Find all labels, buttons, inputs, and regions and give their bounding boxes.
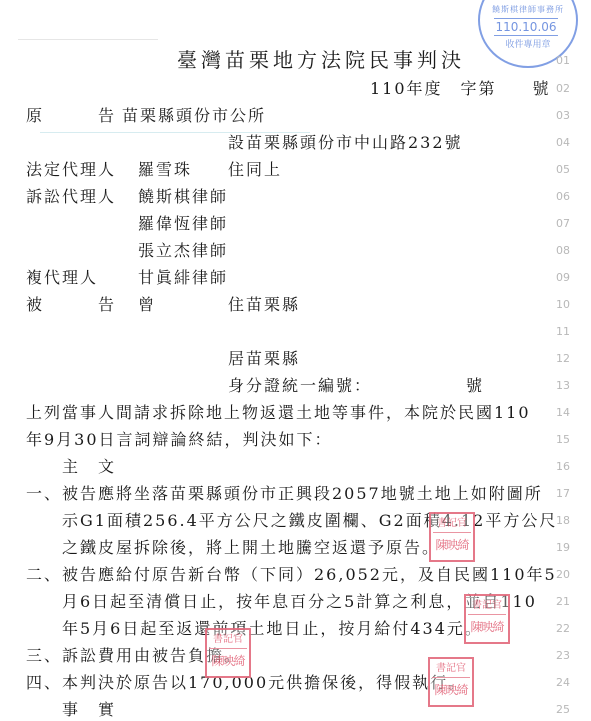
litigation-agent-2: 羅偉恆律師 [138, 210, 228, 237]
seal-title: 書記官 [209, 631, 247, 649]
clerk-seal: 書記官 陳映綺 [428, 657, 474, 707]
legal-rep-address: 住同上 [228, 156, 282, 183]
line-number: 20 [556, 561, 584, 588]
sub-agent-name: 甘眞緋律師 [138, 264, 228, 291]
line-number: 21 [556, 588, 584, 615]
line-14: 上列當事人間請求拆除地上物返還土地等事件，本院於民國110 [0, 399, 545, 426]
item-1-line-2: 示G1面積256.4平方公尺之鐵皮圍欄、G2面積4.12平方公尺 [62, 507, 557, 534]
line-number: 16 [556, 453, 584, 480]
facts-heading: 事 實 [62, 696, 116, 721]
defendant-label: 被 告 [26, 291, 116, 318]
line-number: 15 [556, 426, 584, 453]
judgment-document: 饒斯棋律師事務所 110.10.06 收件專用章 臺灣苗栗地方法院民事判決 11… [0, 0, 591, 721]
main-text-heading: 主 文 [62, 453, 116, 480]
line-number: 18 [556, 507, 584, 534]
legal-rep-name: 羅雪珠 [138, 156, 192, 183]
plaintiff-address: 設苗栗縣頭份市中山路232號 [228, 129, 463, 156]
line-number: 02 [556, 75, 584, 102]
intro-line-1: 上列當事人間請求拆除地上物返還土地等事件，本院於民國110 [26, 399, 531, 426]
line-number: 07 [556, 210, 584, 237]
defendant-address: 住苗栗縣 [228, 291, 300, 318]
line-04: 設苗栗縣頭份市中山路232號 [0, 129, 545, 156]
seal-title: 書記官 [433, 515, 471, 533]
defendant-name: 曾 [138, 291, 156, 318]
clerk-seal: 書記官 陳映綺 [464, 594, 510, 644]
line-number: 09 [556, 264, 584, 291]
stamp-top-text: 饒斯棋律師事務所 [480, 4, 576, 15]
line-16: 主 文 [0, 453, 545, 480]
seal-title: 書記官 [468, 597, 506, 615]
defendant-residence: 居苗栗縣 [228, 345, 300, 372]
item-3-marker: 三、 [26, 642, 62, 669]
line-10: 被 告 曾 住苗栗縣 [0, 291, 545, 318]
line-17: 一、 被告應將坐落苗栗縣頭份市正興段2057地號土地上如附圖所 [0, 480, 545, 507]
litigation-agent-1: 饒斯棋律師 [138, 183, 228, 210]
divider [18, 39, 158, 40]
plaintiff-label: 原 告 [26, 102, 116, 129]
line-06: 訴訟代理人 饒斯棋律師 [0, 183, 545, 210]
item-1-line-1: 被告應將坐落苗栗縣頭份市正興段2057地號土地上如附圖所 [62, 480, 543, 507]
item-1-marker: 一、 [26, 480, 62, 507]
sub-agent-label: 複代理人 [26, 264, 98, 291]
line-08: 張立杰律師 [0, 237, 545, 264]
clerk-seal: 書記官 陳映綺 [205, 628, 251, 678]
line-number: 24 [556, 669, 584, 696]
line-number: 03 [556, 102, 584, 129]
line-05: 法定代理人 羅雪珠 住同上 [0, 156, 545, 183]
line-number: 25 [556, 696, 584, 721]
item-2-marker: 二、 [26, 561, 62, 588]
line-number: 17 [556, 480, 584, 507]
defendant-id-suffix: 號 [466, 372, 484, 399]
line-02: 110年度 字第 號 [0, 75, 545, 102]
legal-rep-label: 法定代理人 [26, 156, 116, 183]
plaintiff-name: 苗栗縣頭份市公所 [122, 102, 266, 129]
defendant-id-label: 身分證統一編號： [228, 372, 372, 399]
line-number: 22 [556, 615, 584, 642]
line-12: 居苗栗縣 [0, 345, 545, 372]
line-number: 12 [556, 345, 584, 372]
line-number: 13 [556, 372, 584, 399]
line-03: 原 告 苗栗縣頭份市公所 [0, 102, 545, 129]
line-number: 01 [556, 47, 584, 74]
document-title: 臺灣苗栗地方法院民事判決 [177, 47, 465, 74]
line-number: 19 [556, 534, 584, 561]
line-number: 10 [556, 291, 584, 318]
seal-name: 陳映綺 [430, 678, 472, 702]
seal-name: 陳映綺 [431, 533, 473, 557]
line-number: 14 [556, 399, 584, 426]
line-07: 羅偉恆律師 [0, 210, 545, 237]
seal-name: 陳映綺 [207, 649, 249, 673]
line-number: 05 [556, 156, 584, 183]
line-15: 年9月30日言詞辯論終結，判決如下： [0, 426, 545, 453]
case-number: 110年度 字第 號 [370, 75, 551, 102]
intro-line-2: 年9月30日言詞辯論終結，判決如下： [26, 426, 333, 453]
line-number: 23 [556, 642, 584, 669]
item-4-marker: 四、 [26, 669, 62, 696]
line-number: 08 [556, 237, 584, 264]
line-13: 身分證統一編號： 號 [0, 372, 545, 399]
item-4-line-1: 本判決於原告以170,000元供擔保後，得假執行。 [62, 669, 466, 696]
line-20: 二、 被告應給付原告新台幣（下同）26,052元，及自民國110年5 [0, 561, 545, 588]
line-01: 臺灣苗栗地方法院民事判決 [0, 47, 545, 74]
litigation-agent-label: 訴訟代理人 [26, 183, 116, 210]
seal-title: 書記官 [432, 660, 470, 678]
item-2-line-3: 年5月6日起至返還前項土地日止，按月給付434元。 [62, 615, 483, 642]
line-number: 04 [556, 129, 584, 156]
seal-name: 陳映綺 [466, 615, 508, 639]
line-09: 複代理人 甘眞緋律師 [0, 264, 545, 291]
item-1-line-3: 之鐵皮屋拆除後，將上開土地騰空返還予原告。 [62, 534, 440, 561]
clerk-seal: 書記官 陳映綺 [429, 512, 475, 562]
stamp-date: 110.10.06 [494, 18, 558, 36]
litigation-agent-3: 張立杰律師 [138, 237, 228, 264]
line-number: 11 [556, 318, 584, 345]
item-2-line-1: 被告應給付原告新台幣（下同）26,052元，及自民國110年5 [62, 561, 557, 588]
line-number: 06 [556, 183, 584, 210]
